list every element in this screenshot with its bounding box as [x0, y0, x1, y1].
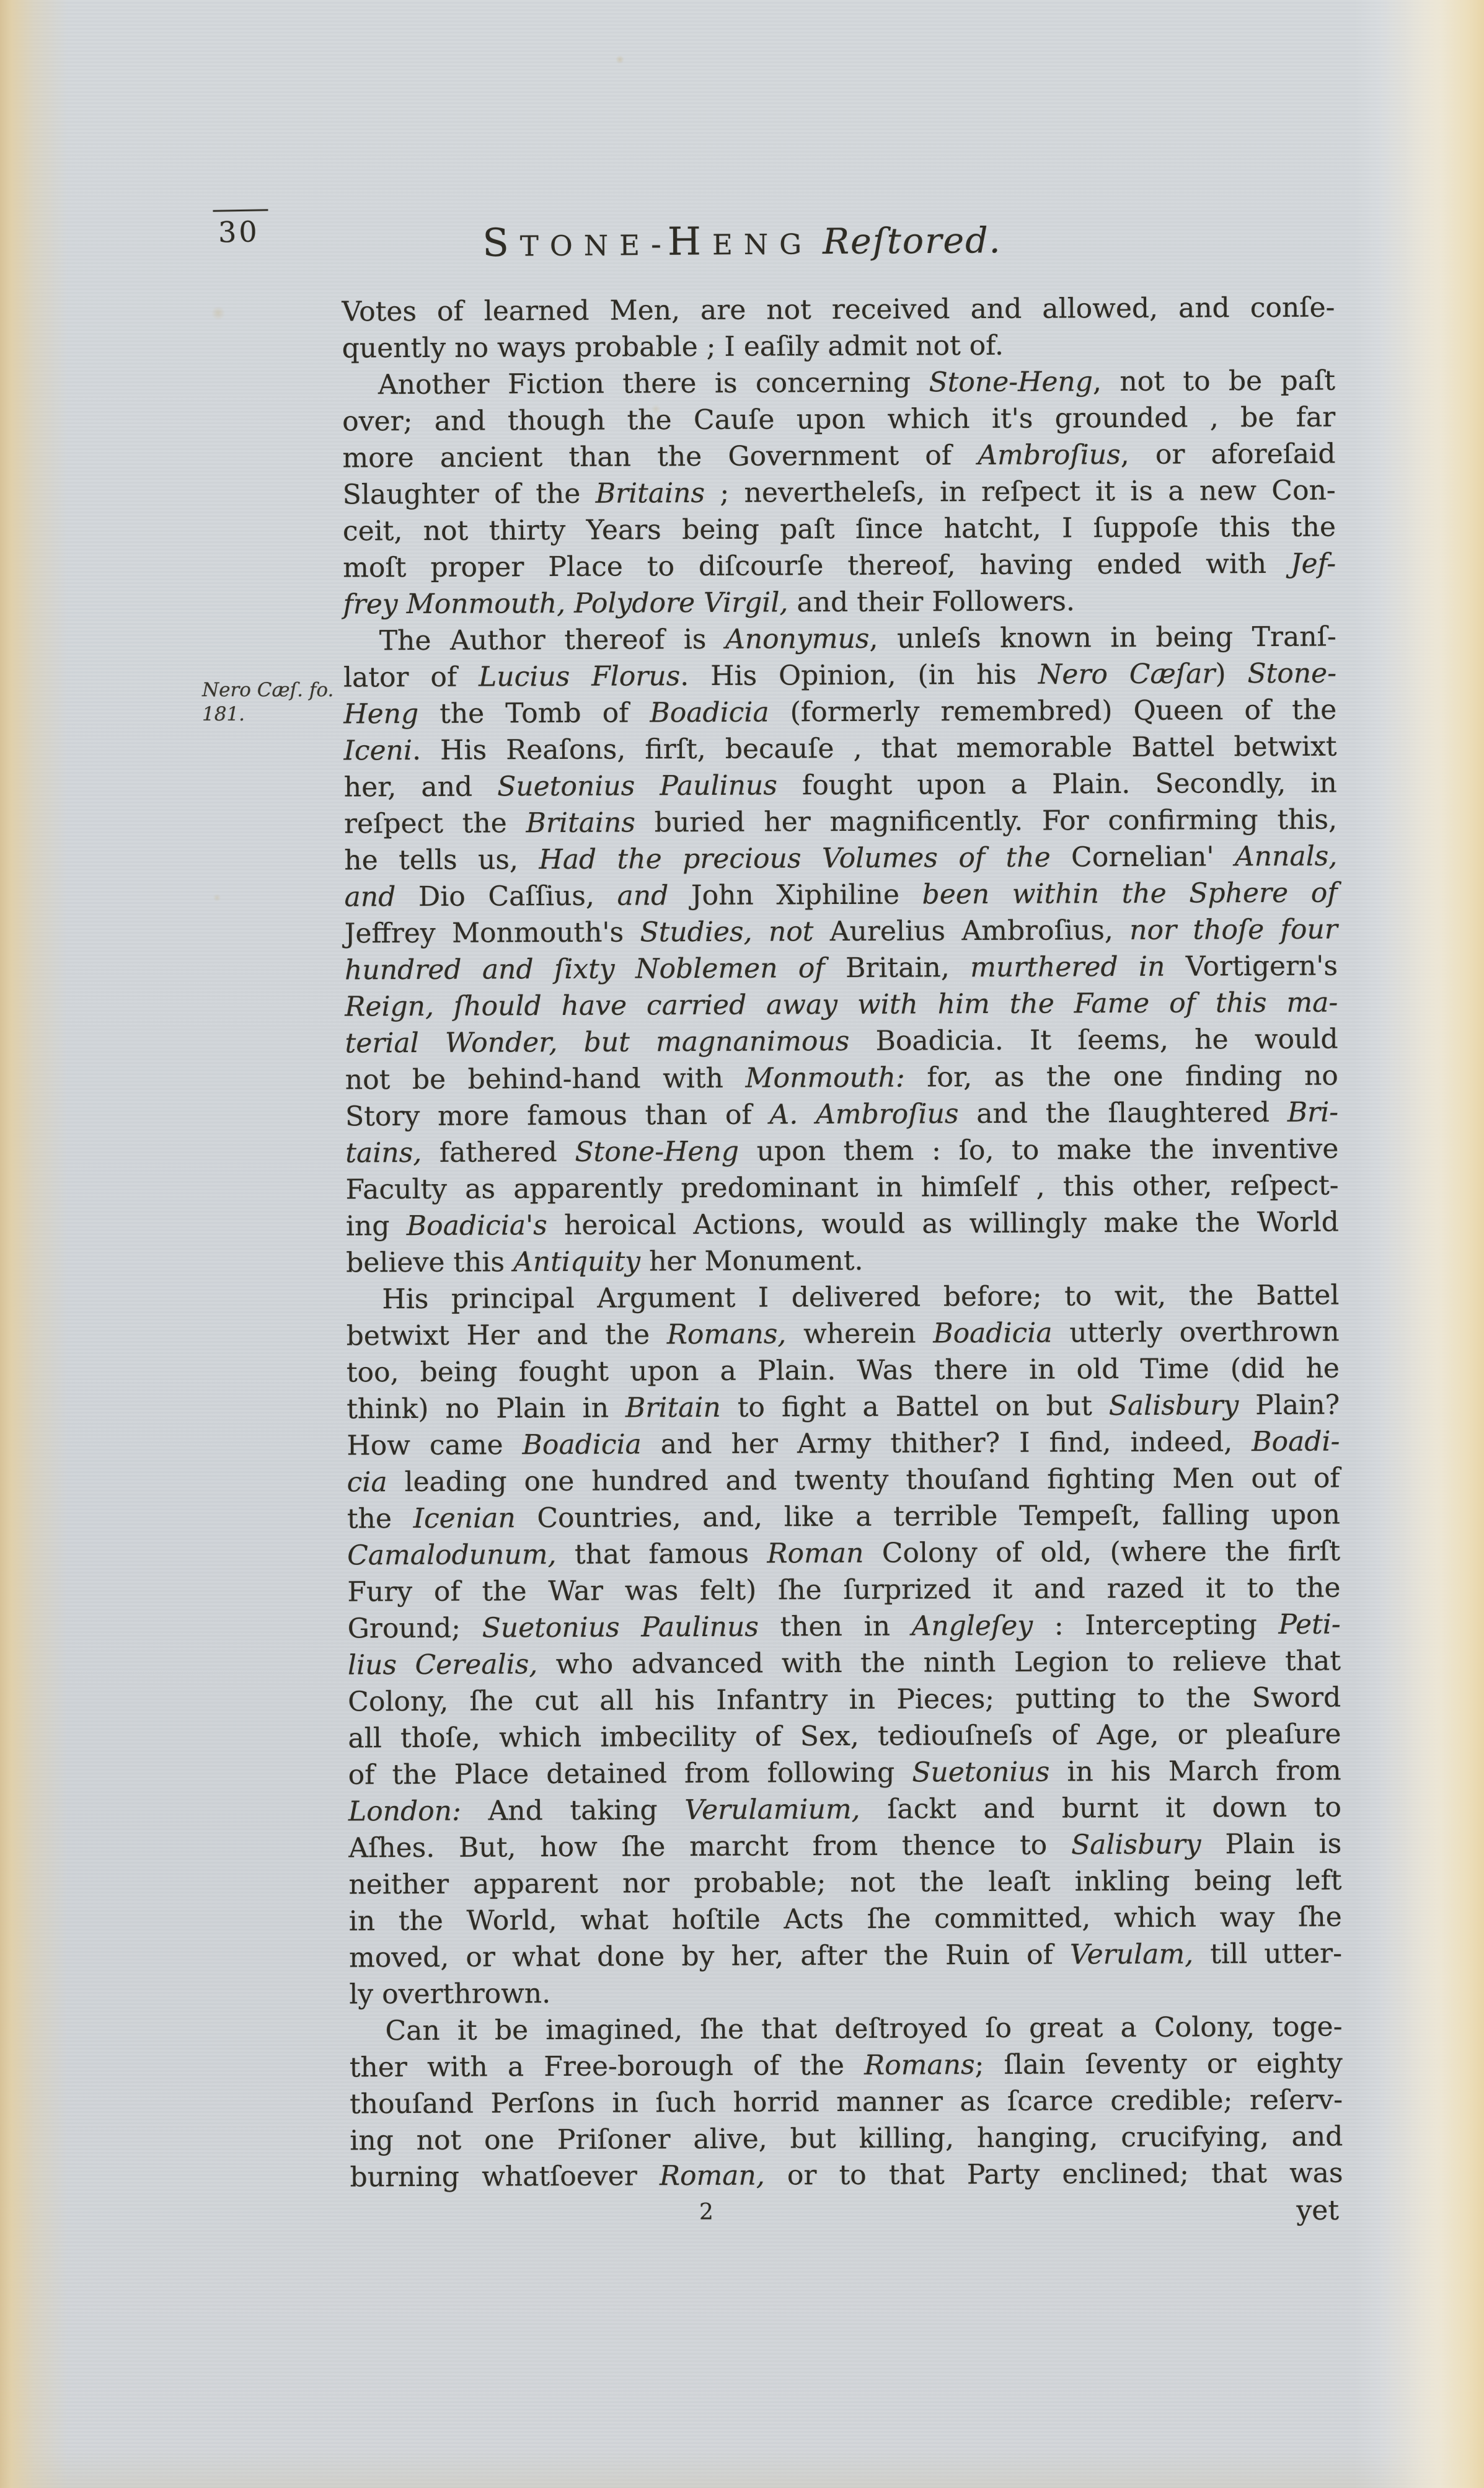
text-run: ly overthrown.: [349, 1978, 550, 2010]
text-run: believe this: [346, 1246, 513, 1278]
italic-text-run: Salisbury: [1109, 1389, 1239, 1422]
running-title-caps: STONE-HENG: [482, 244, 813, 259]
margin-note-line: 181.: [202, 702, 351, 727]
italic-text-run: Roman,: [660, 2160, 765, 2192]
margin-note-line: Nero Cæſ. fo.: [202, 678, 351, 702]
italic-text-run: and: [617, 880, 668, 911]
title-letter-group: S: [482, 220, 520, 265]
text-run: not be behind-hand with: [345, 1063, 746, 1096]
text-line: more ancient than the Government of Ambr…: [342, 436, 1335, 477]
italic-text-run: Ambroſius: [978, 439, 1121, 471]
signature-mark: 2: [699, 2200, 713, 2225]
catchword: yet: [1215, 2195, 1339, 2226]
text-line: Iceni. His Reaſons, firſt, becauſe , tha…: [343, 728, 1336, 769]
italic-text-run: lius Cerealis,: [348, 1649, 538, 1681]
text-run: , unleſs known in being Tranſ-: [869, 621, 1336, 655]
title-letter-group: TONE: [520, 229, 651, 262]
text-line: Another Fiction there is concerning Ston…: [342, 363, 1335, 404]
text-run: neither apparent nor probable; not the l…: [348, 1864, 1341, 1900]
text-run: the: [347, 1503, 413, 1534]
text-run: The Author thereof is: [379, 624, 725, 657]
text-run: Jeffrey Monmouth's: [345, 916, 640, 949]
text-line: ceit, not thirty Years being paſt ſince …: [343, 509, 1336, 550]
text-run: wherein: [786, 1317, 933, 1350]
text-run: Colony of old, (where the firſt: [863, 1536, 1340, 1569]
text-line: lius Cerealis, who advanced with the nin…: [348, 1642, 1341, 1683]
italic-text-run: Peti-: [1278, 1608, 1341, 1640]
text-line: hundred and ſixty Noblemen of Britain, m…: [345, 948, 1338, 989]
text-run: he tells us,: [344, 844, 539, 876]
text-run: Plain?: [1239, 1389, 1340, 1422]
text-run: over; and though the Cauſe upon which it…: [342, 402, 1335, 438]
italic-text-run: Heng: [343, 698, 418, 730]
text-line: Story more famous than of A. Ambroſius a…: [345, 1094, 1338, 1135]
italic-text-run: and: [344, 881, 395, 913]
text-line: ing not one Priſoner alive, but killing,…: [350, 2118, 1343, 2159]
text-line: burning whatſoever Roman, or to that Par…: [350, 2154, 1343, 2195]
text-run: the Tomb of: [418, 697, 650, 730]
text-run: John Xiphiline: [668, 879, 922, 911]
text-line: Camalodunum, that famous Roman Colony of…: [347, 1533, 1340, 1574]
italic-text-run: Britain: [625, 1392, 721, 1424]
text-line: thouſand Perſons in ſuch horrid manner a…: [350, 2081, 1343, 2122]
text-run: fought upon a Plain. Secondly, in: [777, 768, 1337, 802]
text-run: ceit, not thirty Years being paſt ſince …: [343, 511, 1336, 547]
text-run: her Monument.: [640, 1245, 863, 1278]
text-line: cia leading one hundred and twenty thouſ…: [347, 1460, 1340, 1501]
text-run: (formerly remembred) Queen of the: [769, 694, 1337, 728]
text-run: fathered: [422, 1136, 575, 1169]
italic-text-run: been within the Sphere of: [922, 877, 1337, 911]
italic-text-run: hundred and ſixty Noblemen of: [345, 952, 825, 986]
italic-text-run: Stone-: [1247, 658, 1336, 690]
text-run: Aurelius Ambroſius,: [813, 914, 1129, 947]
text-run: for, as the one finding no: [905, 1060, 1338, 1094]
text-line: moved, or what done by her, after the Ru…: [349, 1935, 1342, 1976]
text-line: believe this Antiquity her Monument.: [346, 1241, 1339, 1282]
text-line: ly overthrown.: [349, 1972, 1342, 2012]
text-run: ing not one Priſoner alive, but killing,…: [350, 2120, 1343, 2156]
italic-text-run: A. Ambroſius: [769, 1098, 958, 1130]
italic-text-run: Romans: [864, 2049, 975, 2081]
text-run: Cornelian': [1051, 841, 1235, 873]
text-run: quently no ways probable ; I eaſily admi…: [342, 330, 1004, 365]
italic-text-run: Camalodunum,: [347, 1539, 557, 1571]
text-run: that famous: [556, 1538, 767, 1570]
text-run: ther with a Free-borough of the: [350, 2050, 865, 2084]
text-line: he tells us, Had the precious Volumes of…: [344, 838, 1337, 879]
book-page-scan: { "page": { "number": "30", "title": { "…: [0, 0, 1484, 2488]
italic-text-run: Romans,: [667, 1318, 787, 1350]
italic-text-run: Annals,: [1235, 841, 1338, 873]
text-run: His principal Argument I delivered befor…: [382, 1280, 1339, 1316]
text-line: quently no ways probable ; I eaſily admi…: [342, 326, 1335, 367]
text-line: Ground; Suetonius Paulinus then in Angle…: [348, 1606, 1341, 1647]
text-line: over; and though the Cauſe upon which it…: [342, 399, 1335, 440]
text-run: Colony, ſhe cut all his Infantry in Piec…: [348, 1681, 1341, 1717]
italic-text-run: Icenian: [413, 1502, 516, 1534]
italic-text-run: Verulam,: [1070, 1939, 1193, 1971]
text-run: and the ſlaughtered: [958, 1097, 1287, 1130]
text-run: ; nevertheleſs, in reſpect it is a new C…: [705, 475, 1336, 509]
italic-text-run: Britains: [596, 477, 705, 510]
text-run: lator of: [343, 662, 479, 694]
text-line: neither apparent nor probable; not the l…: [348, 1862, 1341, 1903]
text-run: Boadicia. It ſeems, he would: [849, 1024, 1338, 1057]
text-run: Fury of the War was felt) ſhe ſurprized …: [347, 1572, 1340, 1608]
text-run: moved, or what done by her, after the Ru…: [349, 1939, 1070, 1973]
text-run: leading one hundred and twenty thouſand …: [387, 1463, 1340, 1499]
italic-text-run: Verulamium,: [684, 1794, 860, 1826]
text-run: . His Opinion, (in his: [680, 659, 1038, 693]
italic-text-run: Boadicia: [650, 697, 769, 729]
text-line: Colony, ſhe cut all his Infantry in Piec…: [348, 1679, 1341, 1720]
text-line: reſpect the Britains buried her magnific…: [344, 802, 1337, 843]
text-run: till utter-: [1193, 1937, 1342, 1970]
text-line: His principal Argument I delivered befor…: [346, 1277, 1339, 1318]
text-run: burning whatſoever: [350, 2160, 660, 2193]
title-letter-group: ENG: [712, 228, 813, 261]
text-run: upon them : ſo, to make the inventive: [739, 1133, 1339, 1167]
text-run: Votes of learned Men, are not received a…: [342, 292, 1335, 328]
italic-text-run: murthered in: [970, 951, 1165, 983]
text-run: How came: [347, 1429, 522, 1461]
text-line: ther with a Free-borough of the Romans; …: [350, 2045, 1343, 2086]
text-run: Countries, and, like a terrible Tempeſt,…: [516, 1499, 1340, 1534]
text-run: and their Followers.: [788, 585, 1075, 618]
text-run: Aſhes. But, how ſhe marcht from thence t…: [348, 1829, 1071, 1864]
text-run: then in: [759, 1611, 912, 1643]
text-line: Can it be imagined, ſhe that deſtroyed ſ…: [349, 2008, 1342, 2049]
text-line: all thoſe, which imbecility of Sex, tedi…: [348, 1715, 1341, 1756]
text-line: betwixt Her and the Romans, wherein Boad…: [347, 1314, 1340, 1355]
text-run: utterly overthrown: [1052, 1316, 1339, 1349]
text-line: Slaughter of the Britains ; nevertheleſs…: [343, 472, 1336, 513]
text-run: or to that Party enclined; that was: [765, 2157, 1343, 2191]
text-line: Reign, ſhould have carried away with him…: [345, 985, 1338, 1025]
italic-text-run: Boadi-: [1252, 1426, 1340, 1458]
text-run: who advanced with the ninth Legion to re…: [537, 1645, 1341, 1680]
italic-text-run: Lucius Florus: [479, 660, 680, 693]
italic-text-run: Bri-: [1287, 1097, 1339, 1128]
italic-text-run: Boadicia: [933, 1317, 1052, 1350]
italic-text-run: Studies, not: [640, 916, 813, 948]
italic-text-run: Britains: [526, 807, 635, 839]
text-run: Dio Caſſius,: [395, 880, 617, 913]
title-letter-group: -: [651, 226, 668, 262]
text-run: Can it be imagined, ſhe that deſtroyed ſ…: [385, 2011, 1342, 2047]
text-line: Faculty as apparently predominant in him…: [345, 1167, 1338, 1208]
text-line: The Author thereof is Anonymus, unleſs k…: [343, 619, 1336, 660]
italic-text-run: Jef-: [1291, 548, 1336, 580]
text-line: lator of Lucius Florus. His Opinion, (in…: [343, 655, 1336, 696]
text-line: Votes of learned Men, are not received a…: [342, 290, 1335, 330]
margin-note: Nero Cæſ. fo.181.: [202, 678, 351, 727]
text-line: frey Monmouth, Polydore Virgil, and thei…: [343, 582, 1336, 623]
text-run: reſpect the: [344, 807, 526, 839]
italic-text-run: Stone-Heng: [575, 1136, 739, 1168]
text-run: to fight a Battel on but: [721, 1390, 1109, 1423]
italic-text-run: Stone-Heng: [929, 366, 1093, 398]
italic-text-run: nor thoſe four: [1129, 914, 1338, 946]
text-run: and her Army thither? I find, indeed,: [642, 1426, 1252, 1460]
running-title: STONE-HENGReſtored.: [0, 213, 1484, 269]
text-line: too, being fought upon a Plain. Was ther…: [347, 1350, 1340, 1391]
italic-text-run: Nero Cæſar: [1038, 658, 1216, 690]
italic-text-run: Monmouth:: [745, 1062, 905, 1094]
text-run: ſackt and burnt it down to: [860, 1791, 1341, 1825]
text-run: , not to be paſt: [1093, 365, 1335, 398]
text-line: in the World, what hoſtile Acts ſhe comm…: [349, 1898, 1342, 1939]
text-line: think) no Plain in Britain to fight a Ba…: [347, 1387, 1340, 1428]
text-run: Vortigern's: [1165, 950, 1338, 983]
text-run: her, and: [344, 771, 498, 803]
body-text: Votes of learned Men, are not received a…: [342, 290, 1343, 2196]
text-run: of the Place detained from following: [348, 1757, 912, 1791]
italic-text-run: frey Monmouth, Polydore Virgil,: [343, 587, 788, 620]
title-letter-group: H: [668, 218, 713, 264]
italic-text-run: Boadicia's: [407, 1210, 547, 1242]
text-line: London: And taking Verulamium, ſackt and…: [348, 1789, 1341, 1830]
italic-text-run: Roman: [767, 1538, 863, 1570]
text-run: betwixt Her and the: [347, 1319, 667, 1352]
italic-text-run: Suetonius Paulinus: [482, 1611, 759, 1644]
text-run: ): [1215, 658, 1247, 689]
text-run: Britain,: [825, 952, 971, 984]
text-line: ing Boadicia's heroical Actions, would a…: [346, 1204, 1339, 1245]
text-line: moſt proper Place to diſcourſe thereof, …: [343, 546, 1336, 587]
italic-text-run: Reign, ſhould have carried away with him…: [345, 987, 1338, 1023]
text-line: her, and Suetonius Paulinus fought upon …: [344, 765, 1337, 806]
text-line: Aſhes. But, how ſhe marcht from thence t…: [348, 1825, 1341, 1866]
italic-text-run: Had the precious Volumes of the: [539, 842, 1050, 876]
text-line: Heng the Tomb of Boadicia (formerly reme…: [343, 692, 1336, 733]
text-run: in the World, what hoſtile Acts ſhe comm…: [349, 1901, 1342, 1937]
text-run: . His Reaſons, firſt, becauſe , that mem…: [412, 731, 1337, 767]
text-run: all thoſe, which imbecility of Sex, tedi…: [348, 1718, 1341, 1754]
running-title-restored: Reſtored.: [823, 220, 1002, 262]
text-run: Slaughter of the: [343, 478, 596, 511]
text-run: buried her magnificently. For confirming…: [635, 804, 1337, 839]
italic-text-run: Boadicia: [522, 1428, 641, 1461]
italic-text-run: London:: [348, 1795, 461, 1828]
text-line: of the Place detained from following Sue…: [348, 1752, 1341, 1793]
text-run: Ground;: [348, 1613, 482, 1645]
text-run: too, being fought upon a Plain. Was ther…: [347, 1353, 1340, 1389]
text-run: heroical Actions, would as willingly mak…: [547, 1206, 1339, 1242]
text-run: Another Fiction there is concerning: [378, 366, 929, 401]
text-run: Plain is: [1201, 1828, 1341, 1860]
text-line: How came Boadicia and her Army thither? …: [347, 1423, 1340, 1464]
italic-text-run: Suetonius: [912, 1756, 1049, 1789]
text-line: Fury of the War was felt) ſhe ſurprized …: [347, 1570, 1340, 1611]
text-run: ; ſlain ſeventy or eighty: [975, 2047, 1343, 2081]
italic-text-run: Antiquity: [513, 1246, 640, 1278]
text-run: : Intercepting: [1033, 1609, 1278, 1642]
text-run: in his March from: [1049, 1755, 1341, 1787]
text-line: not be behind-hand with Monmouth: for, a…: [345, 1058, 1338, 1099]
text-run: think) no Plain in: [347, 1392, 625, 1425]
italic-text-run: Iceni: [343, 735, 412, 766]
text-run: And taking: [461, 1794, 685, 1827]
text-run: moſt proper Place to diſcourſe thereof, …: [343, 548, 1291, 584]
text-run: ing: [346, 1210, 407, 1242]
text-run: Faculty as apparently predominant in him…: [346, 1170, 1339, 1206]
text-run: more ancient than the Government of: [342, 440, 978, 474]
italic-text-run: terial Wonder, but magnanimous: [345, 1025, 849, 1060]
italic-text-run: Suetonius Paulinus: [497, 769, 777, 802]
text-run: thouſand Perſons in ſuch horrid manner a…: [350, 2084, 1343, 2120]
text-line: Jeffrey Monmouth's Studies, not Aurelius…: [345, 911, 1338, 952]
text-line: the Icenian Countries, and, like a terri…: [347, 1497, 1340, 1538]
italic-text-run: Anonymus: [725, 623, 870, 655]
italic-text-run: tains,: [345, 1137, 422, 1169]
italic-text-run: cia: [347, 1466, 387, 1498]
text-line: tains, fathered Stone-Heng upon them : ſ…: [345, 1131, 1338, 1172]
text-line: and Dio Caſſius, and John Xiphiline been…: [344, 875, 1337, 916]
text-run: Story more famous than of: [345, 1099, 770, 1133]
italic-text-run: Angleſey: [911, 1610, 1033, 1642]
text-line: terial Wonder, but magnanimous Boadicia.…: [345, 1021, 1338, 1062]
text-run: , or aforeſaid: [1121, 438, 1336, 471]
italic-text-run: Salisbury: [1071, 1828, 1201, 1861]
